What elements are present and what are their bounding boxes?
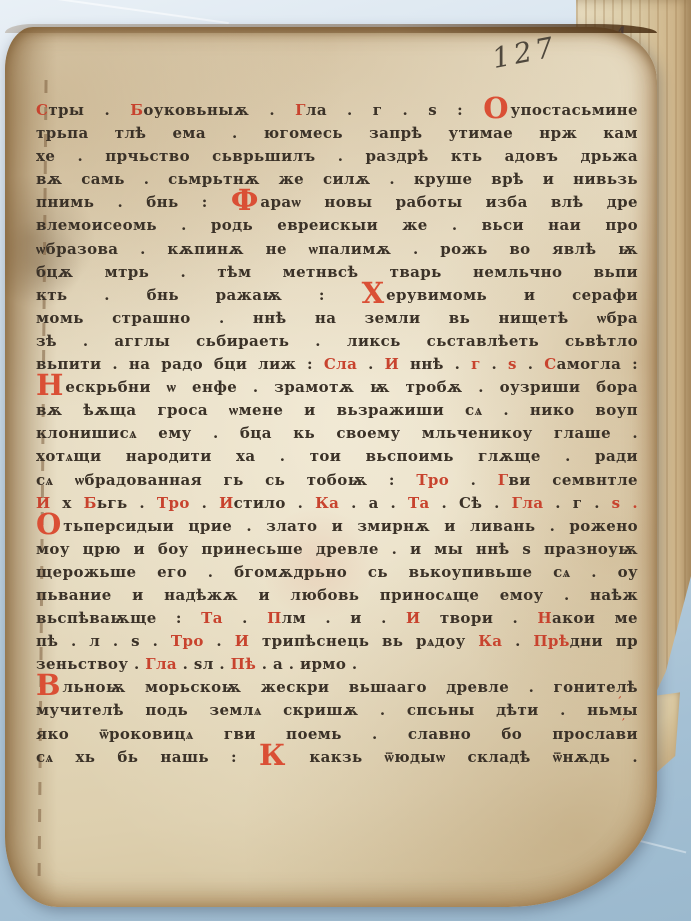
text-segment: дни пр — [570, 632, 638, 650]
text-segment: . — [223, 609, 267, 627]
manuscript-line: Отьперсидыи црие . злато и змирнѫ и лива… — [36, 515, 638, 538]
text-segment: вьпити . на радо бци лиж : — [36, 355, 324, 373]
text-segment: кть . бнь ражаѭ : — [36, 286, 362, 304]
backdrop-crease-line — [0, 0, 229, 24]
manuscript-line: вьспѣваѭще : Та . Плм . и . И твори . На… — [36, 607, 638, 630]
text-segment: лм . и . — [282, 609, 406, 627]
manuscript-line: вѫ ѣѫща гроса ѡмене и вьзражиши сѧ . ник… — [36, 399, 638, 422]
text-segment: . — [481, 355, 508, 373]
text-segment: ла . г . ѕ : — [306, 101, 483, 119]
text-segment: . — [204, 632, 235, 650]
text-segment: тьперсидыи црие . злато и змирнѫ и ливан… — [63, 517, 638, 535]
manuscript-line: клонишисѧ ему . бца кь своему мльченикоу… — [36, 422, 638, 445]
text-segment: хе . прчьство сьврьшилъ . раздрѣ кть адо… — [36, 147, 638, 165]
rubric-segment: Г — [295, 101, 306, 119]
manuscript-line: хотѧщи народити ха . тои вьспоимь глѫще … — [36, 445, 638, 468]
manuscript-line: зеньствоу . Гла . ѕл . Пѣ . а . ирмо . — [36, 653, 638, 676]
rubric-segment: Гла — [512, 494, 544, 512]
manuscript-photo: (Б 134 127 Стры . Боуковьныѫ . Гла . г .… — [0, 0, 691, 921]
text-segment: ьгь . — [97, 494, 157, 512]
rubric-initial-letter: О — [36, 507, 61, 541]
text-segment: . — [190, 494, 219, 512]
manuscript-line: кть . бнь ражаѭ : Херувимомь и серафи — [36, 284, 638, 307]
text-segment: ннѣ . — [399, 355, 471, 373]
rubric-segment: П — [267, 609, 282, 627]
manuscript-line: зѣ . агглы сьбираеть . ликсь сьставлѣеть… — [36, 330, 638, 353]
rubric-segment: Ка — [478, 632, 502, 650]
text-segment: амогла : — [557, 355, 638, 373]
text-segment: щерожьше его . бгомѫдрьно сь вькоупивьше… — [36, 563, 638, 581]
text-segment: сѧ хь бь нашь : — [36, 748, 259, 766]
manuscript-line: яко ѿроковицѧ гви поемь . славно бо прос… — [36, 723, 638, 746]
text-segment: акои ме — [552, 609, 638, 627]
text-segment: ерувимомь и серафи — [386, 286, 638, 304]
rubric-segment: Б — [84, 494, 97, 512]
manuscript-line: Нескрьбни ѡ енфе . зрамотѫ ѭ тробѫ . оуз… — [36, 376, 638, 399]
text-segment: влемоисеомь . родь евреискыи же . вьси н… — [36, 216, 638, 234]
text-segment: . ѕл . — [177, 655, 231, 673]
rubric-segment: Тро — [171, 632, 204, 650]
rubric-initial-letter: О — [483, 91, 508, 125]
text-segment: ѡбразова . кѫпинѫ не ѡпалимѫ . рожь во я… — [36, 240, 638, 258]
text-segment: . а . ирмо . — [256, 655, 357, 673]
manuscript-line: сѧ хь бь нашь : К какзь ѿюдыѡ складѣ ѿнѫ… — [36, 746, 638, 769]
rubric-segment: Г — [498, 471, 509, 489]
rubric-segment: С — [36, 101, 48, 119]
text-segment: ескрьбни ѡ енфе . зрамотѫ ѭ тробѫ . оузр… — [65, 378, 638, 396]
text-segment: . — [357, 355, 384, 373]
rubric-segment: И — [385, 355, 400, 373]
text-segment: клонишисѧ ему . бца кь своему мльченикоу… — [36, 424, 638, 442]
manuscript-line: пьвание и надѣжѫ и любовь приносѧще емоу… — [36, 584, 638, 607]
rubric-segment: г — [471, 355, 481, 373]
rubric-segment: Пѣ — [231, 655, 257, 673]
text-segment: стило . — [234, 494, 315, 512]
text-segment: сѧ ѡбрадованная гь сь тобоѭ : — [36, 471, 416, 489]
text-segment: яко ѿроковицѧ гви поемь . славно бо прос… — [36, 725, 638, 743]
text-segment: какзь ѿюдыѡ складѣ ѿнѫдь . — [287, 748, 638, 766]
text-segment: пѣ . л . ѕ . — [36, 632, 171, 650]
text-segment: . Сѣ . — [430, 494, 512, 512]
rubric-segment: Тро — [416, 471, 449, 489]
manuscript-line: трьпа тлѣ ема . югомесь запрѣ утимае нрж… — [36, 122, 638, 145]
manuscript-line: пнимь . бнь : Фараѡ новы работы изба влѣ… — [36, 191, 638, 214]
manuscript-line: момь страшно . ннѣ на земли вь нищетѣ ѡб… — [36, 307, 638, 330]
text-segment: зѣ . агглы сьбираеть . ликсь сьставлѣеть… — [36, 332, 638, 350]
manuscript-line: мучителѣ подь землѧ скришѫ . спсьны дѣти… — [36, 699, 638, 722]
text-segment: момь страшно . ннѣ на земли вь нищетѣ ѡб… — [36, 309, 638, 327]
manuscript-line: Стры . Боуковьныѫ . Гла . г . ѕ : Оупост… — [36, 99, 638, 122]
text-segment: ви семвнтле — [508, 471, 638, 489]
rubric-initial-letter: Н — [36, 368, 63, 402]
manuscript-line: хе . прчьство сьврьшилъ . раздрѣ кть адо… — [36, 145, 638, 168]
rubric-segment: Гла — [145, 655, 177, 673]
manuscript-line: пѣ . л . ѕ . Тро . И трипѣснець вь рѧдоу… — [36, 630, 638, 653]
rubric-segment: ѕ . — [612, 494, 638, 512]
manuscript-line: сѧ ѡбрадованная гь сь тобоѭ : Тро . Гви … — [36, 469, 638, 492]
text-segment: пьвание и надѣжѫ и любовь приносѧще емоу… — [36, 586, 638, 604]
text-segment: вьспѣваѭще : — [36, 609, 201, 627]
rubric-segment: И — [406, 609, 421, 627]
text-block: Стры . Боуковьныѫ . Гла . г . ѕ : Оупост… — [36, 99, 638, 769]
text-segment: вѫ самь . сьмрьтнѫ же силѫ . круше врѣ и… — [36, 170, 638, 188]
manuscript-line: ѡбразова . кѫпинѫ не ѡпалимѫ . рожь во я… — [36, 238, 638, 261]
text-segment: моу црю и боу принесьше древле . и мы нн… — [36, 540, 638, 558]
rubric-initial-letter: В — [36, 668, 61, 702]
rubric-segment: Тро — [157, 494, 190, 512]
text-segment: упостасьмине — [510, 101, 638, 119]
text-segment: . — [449, 471, 498, 489]
rubric-segment: И — [235, 632, 250, 650]
text-segment: . а . — [339, 494, 408, 512]
text-segment: пнимь . бнь : — [36, 193, 231, 211]
rubric-segment: С — [544, 355, 556, 373]
text-segment: хотѧщи народити ха . тои вьспоимь глѫще … — [36, 447, 638, 465]
rubric-segment: И — [219, 494, 234, 512]
rubric-segment: Сла — [324, 355, 357, 373]
text-segment: бцѫ мтрь . тѣм метнвсѣ тварь немльчно вь… — [36, 263, 638, 281]
rubric-segment: Н — [537, 609, 552, 627]
text-segment: тры . — [48, 101, 130, 119]
text-segment: твори . — [421, 609, 538, 627]
text-segment: . — [517, 355, 544, 373]
text-segment: вѫ ѣѫща гроса ѡмене и вьзражиши сѧ . ник… — [36, 401, 638, 419]
rubric-segment: Прѣ — [533, 632, 569, 650]
text-segment: . — [502, 632, 533, 650]
text-segment: . г . — [543, 494, 611, 512]
text-segment: льноѭ морьскоѭ жескри вьшааго древле . г… — [63, 678, 638, 696]
manuscript-line: вѫ самь . сьмрьтнѫ же силѫ . круше врѣ и… — [36, 168, 638, 191]
manuscript-line: вьпити . на радо бци лиж : Сла . И ннѣ .… — [36, 353, 638, 376]
manuscript-line: бцѫ мтрь . тѣм метнвсѣ тварь немльчно вь… — [36, 261, 638, 284]
rubric-initial-letter: Ф — [231, 183, 259, 217]
text-segment: оуковьныѫ . — [143, 101, 295, 119]
manuscript-line: И х Бьгь . Тро . Истило . Ка . а . Та . … — [36, 492, 638, 515]
text-segment: трипѣснець вь рѧдоу — [249, 632, 478, 650]
text-segment: мучителѣ подь землѧ скришѫ . спсьны дѣти… — [36, 701, 638, 719]
rubric-segment: Ка — [315, 494, 339, 512]
manuscript-line: моу црю и боу принесьше древле . и мы нн… — [36, 538, 638, 561]
manuscript-line: щерожьше его . бгомѫдрьно сь вькоупивьше… — [36, 561, 638, 584]
page-top-edge — [5, 24, 657, 33]
rubric-initial-letter: Х — [362, 276, 385, 310]
rubric-segment: Та — [408, 494, 430, 512]
text-segment: трьпа тлѣ ема . югомесь запрѣ утимае нрж… — [36, 124, 638, 142]
manuscript-line: влемоисеомь . родь евреискыи же . вьси н… — [36, 214, 638, 237]
manuscript-line: Вльноѭ морьскоѭ жескри вьшааго древле . … — [36, 676, 638, 699]
rubric-segment: Б — [130, 101, 143, 119]
rubric-initial-letter: К — [259, 738, 285, 772]
text-segment: араѡ новы работы изба влѣ дре — [260, 193, 638, 211]
rubric-segment: ѕ — [508, 355, 517, 373]
rubric-segment: Та — [201, 609, 223, 627]
